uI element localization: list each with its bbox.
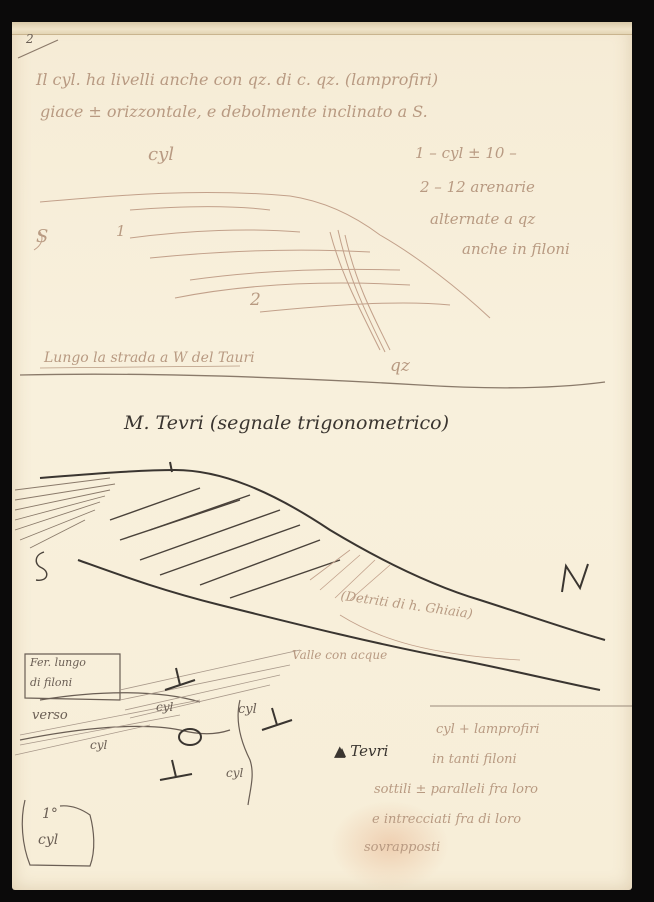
sketch1-label-dike: qz xyxy=(390,356,410,376)
sketch3-label-cyl-2: cyl xyxy=(238,702,257,717)
sketch2-title: M. Tevri (segnale trigonometrico) xyxy=(124,412,449,434)
page-number: 2 xyxy=(26,32,34,46)
tevri-marker-label: ▲ Tevri xyxy=(334,742,388,760)
sketch1-legend-3: alternate a qz xyxy=(430,210,535,228)
pencil-sketches xyxy=(0,0,654,902)
sketch1-label-layer-2: 2 xyxy=(250,290,261,310)
sketch1-caption: Lungo la strada a W del Tauri xyxy=(44,350,255,366)
sketch3-label-cyl-1: cyl xyxy=(156,700,173,714)
sketch1-label-south: S xyxy=(36,226,48,247)
right-note-line-3: sottili ± paralleli fra loro xyxy=(374,782,538,797)
top-note-line-1: Il cyl. ha livelli anche con qz. di c. q… xyxy=(36,70,438,89)
top-note-line-2: giace ± orizzontale, e debolmente inclin… xyxy=(40,102,428,121)
sketch3-box-line-2: di filoni xyxy=(30,676,72,689)
sketch1-label-cyl: cyl xyxy=(148,144,174,165)
right-note-line-5: sovrapposti xyxy=(364,840,440,855)
sketch3-label-verso: verso xyxy=(32,708,68,723)
right-note-line-1: cyl + lamprofiri xyxy=(436,722,540,737)
sketch1-legend-4: anche in filoni xyxy=(462,240,570,258)
sketch2-label-valle: Valle con acque xyxy=(292,648,387,662)
sketch3-label-cyl-3: cyl xyxy=(90,738,107,752)
corner-box-line-1: 1° xyxy=(42,806,58,822)
corner-box-line-2: cyl xyxy=(38,832,58,848)
sketch3-label-cyl-4: cyl xyxy=(226,766,243,780)
sketch1-label-layer-1: 1 xyxy=(116,222,126,240)
sketch1-legend-1: 1 – cyl ± 10 – xyxy=(415,144,517,162)
right-note-line-2: in tanti filoni xyxy=(432,752,517,767)
right-note-line-4: e intrecciati fra di loro xyxy=(372,812,521,827)
sketch1-legend-2: 2 – 12 arenarie xyxy=(420,178,535,196)
sketch3-box-line-1: Fer. lungo xyxy=(30,656,86,669)
